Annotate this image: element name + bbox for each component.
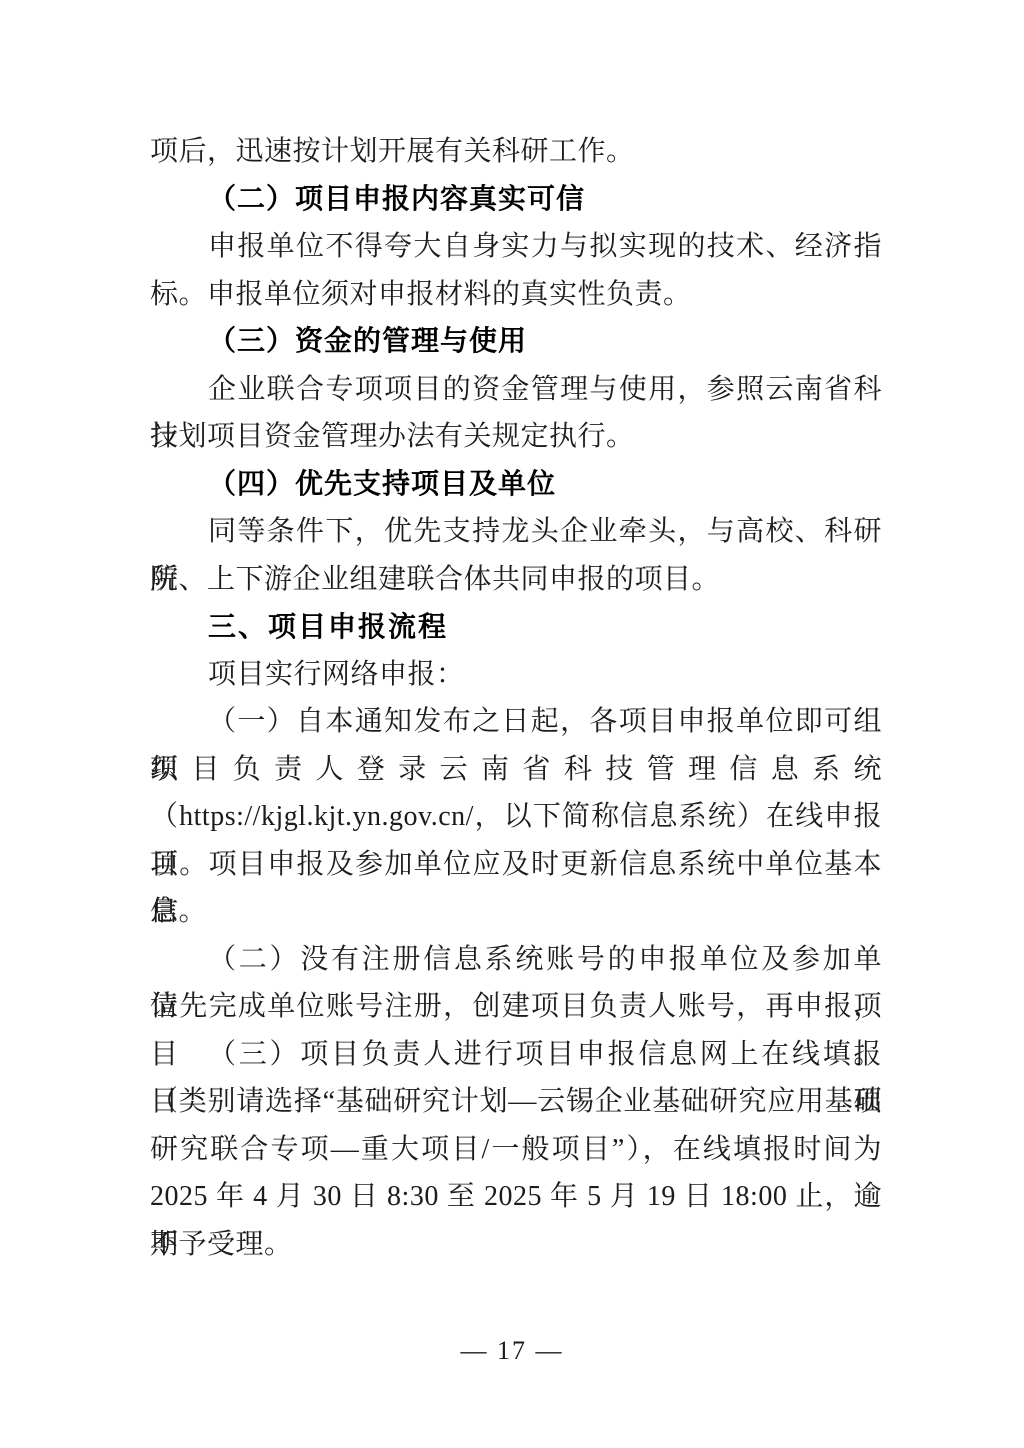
doc-line: 目类别请选择“基础研究计划—云锡企业基础研究应用基础 [150, 1078, 882, 1126]
doc-line: 请先完成单位账号注册，创建项目负责人账号，再申报项目。 [150, 983, 882, 1031]
doc-line: （二）没有注册信息系统账号的申报单位及参加单位， [150, 936, 882, 984]
doc-line: 项目实行网络申报： [150, 651, 882, 699]
document-page: 项后，迅速按计划开展有关科研工作。 （二）项目申报内容真实可信 申报单位不得夸大… [0, 0, 1024, 1448]
doc-line: 项后，迅速按计划开展有关科研工作。 [150, 128, 882, 176]
doc-line: 计划项目资金管理办法有关规定执行。 [150, 413, 882, 461]
section-heading-3: （三）资金的管理与使用 [150, 318, 882, 366]
doc-line: 研究联合专项—重大项目/一般项目”），在线填报时间为 [150, 1126, 882, 1174]
doc-line: 目。项目申报及参加单位应及时更新信息系统中单位基本信 [150, 841, 882, 889]
doc-line: （一）自本通知发布之日起，各项目申报单位即可组织 [150, 698, 882, 746]
doc-line: 不予受理。 [150, 1221, 882, 1269]
doc-line: 申报单位不得夸大自身实力与拟实现的技术、经济指 [150, 223, 882, 271]
doc-line: 企业联合专项项目的资金管理与使用，参照云南省科技 [150, 366, 882, 414]
doc-line-justified: 项目负责人登录云南省科技管理信息系统 [150, 746, 882, 794]
doc-line-dates: 2025 年 4 月 30 日 8:30 至 2025 年 5 月 19 日 1… [150, 1173, 882, 1221]
page-number: — 17 — [461, 1336, 564, 1365]
section-heading-2: （二）项目申报内容真实可信 [150, 176, 882, 224]
document-body: 项后，迅速按计划开展有关科研工作。 （二）项目申报内容真实可信 申报单位不得夸大… [150, 128, 882, 1268]
doc-line: （三）项目负责人进行项目申报信息网上在线填报（项 [150, 1031, 882, 1079]
doc-line-url: （https://kjgl.kjt.yn.gov.cn/，以下简称信息系统）在线… [150, 793, 882, 841]
chapter-heading-3: 三、项目申报流程 [150, 603, 882, 651]
doc-line: 所、上下游企业组建联合体共同申报的项目。 [150, 556, 882, 604]
doc-line: 标。申报单位须对申报材料的真实性负责。 [150, 271, 882, 319]
section-heading-4: （四）优先支持项目及单位 [150, 461, 882, 509]
page-footer: — 17 — [0, 1336, 1024, 1366]
doc-line: 息。 [150, 888, 882, 936]
doc-line: 同等条件下，优先支持龙头企业牵头，与高校、科研院 [150, 508, 882, 556]
